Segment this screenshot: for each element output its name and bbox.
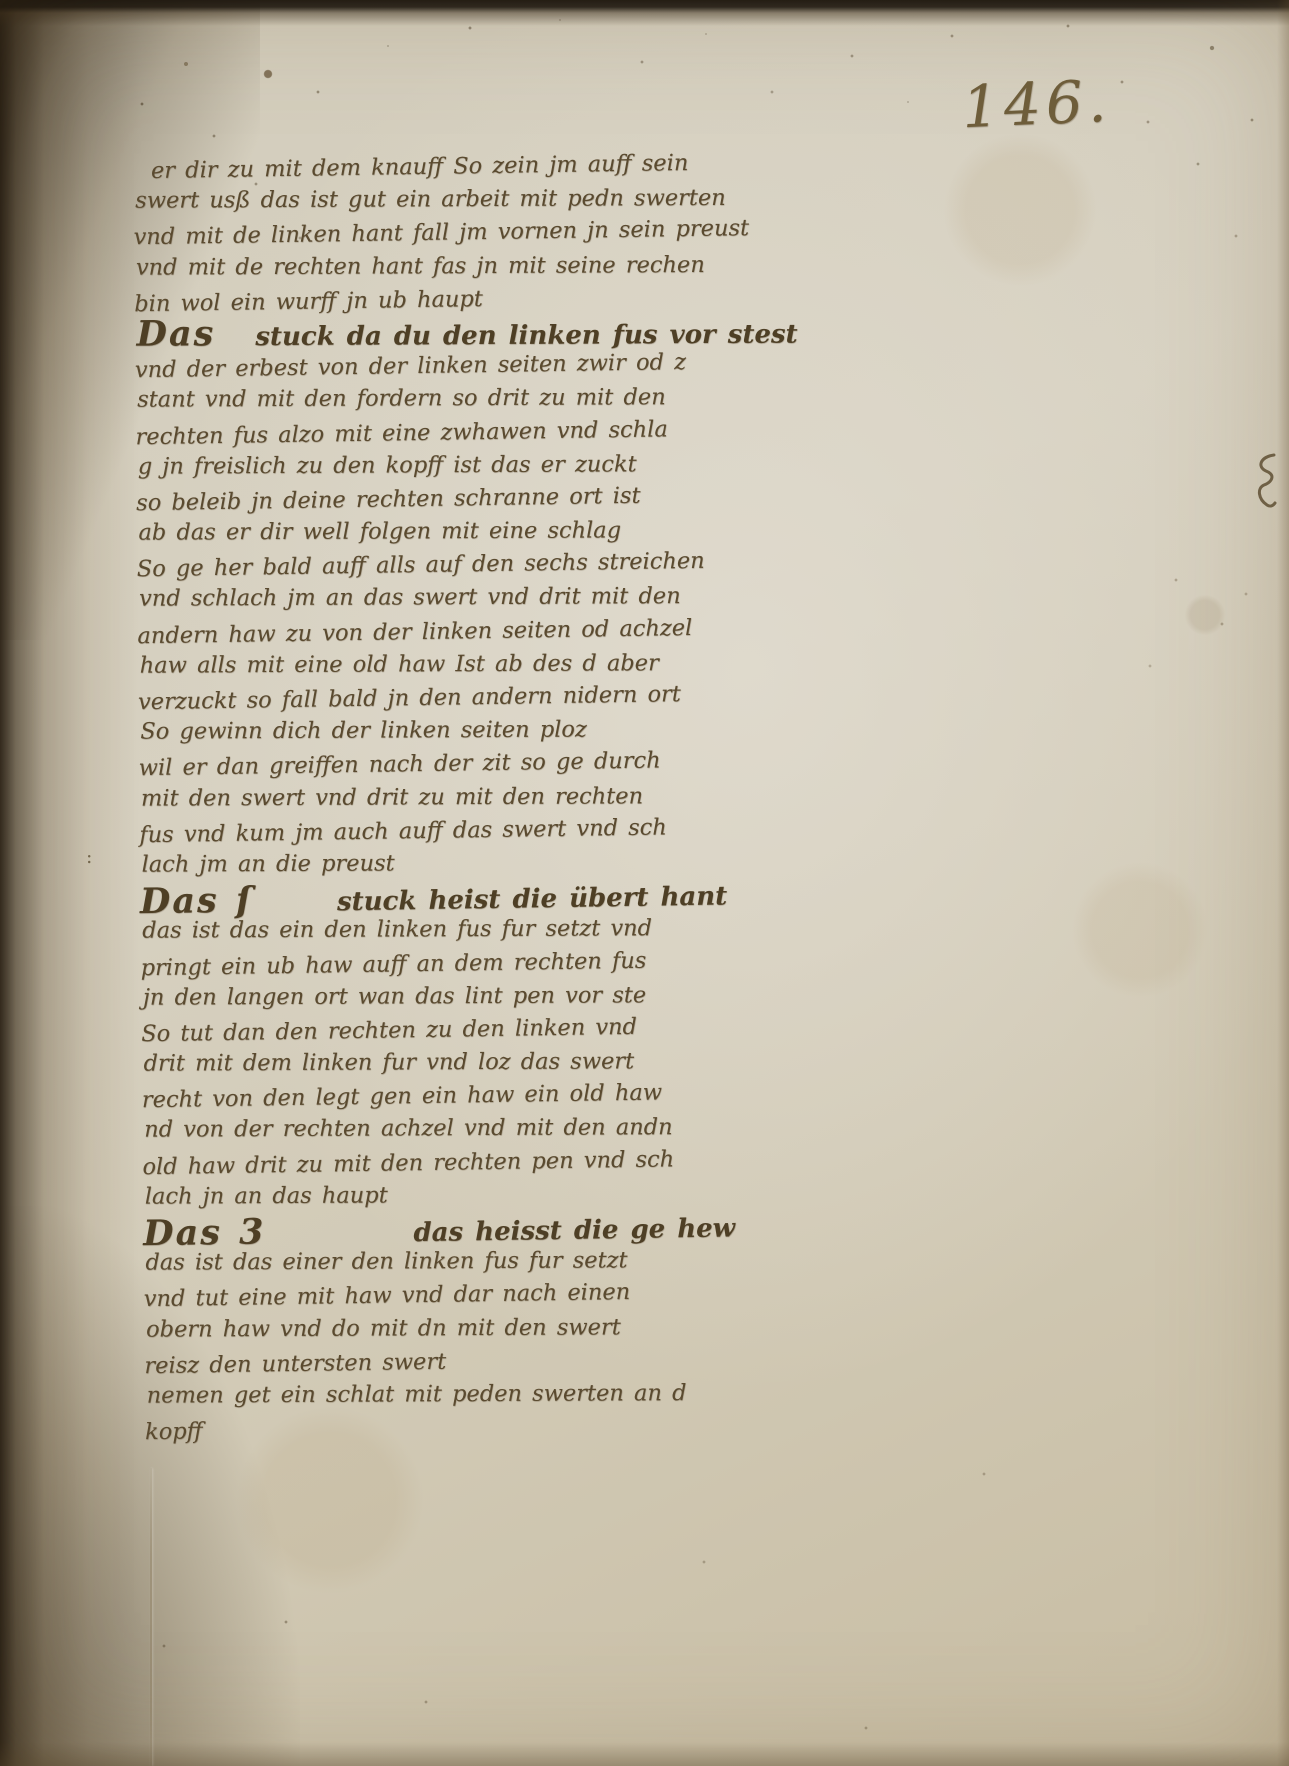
page-bottom-edge <box>0 1742 1289 1766</box>
page-top-edge <box>0 0 1289 28</box>
text-block: er dir zu mit dem knauff So zein jm auff… <box>133 147 845 1448</box>
margin-colon-mark: : <box>86 846 92 868</box>
page-right-edge <box>1277 0 1289 1766</box>
heading-text: das heisst die ge hew <box>413 1213 735 1248</box>
parchment-crease <box>150 1468 152 1766</box>
binding-edge-shadow <box>0 0 150 1766</box>
manuscript-page: 146. : er dir zu mit dem knauff So zein … <box>0 0 1289 1766</box>
manuscript-line: kopff <box>145 1406 845 1450</box>
heading-initial: Das <box>136 313 215 354</box>
page-number: 146. <box>961 67 1113 141</box>
ink-squiggle-mark <box>1250 452 1282 514</box>
